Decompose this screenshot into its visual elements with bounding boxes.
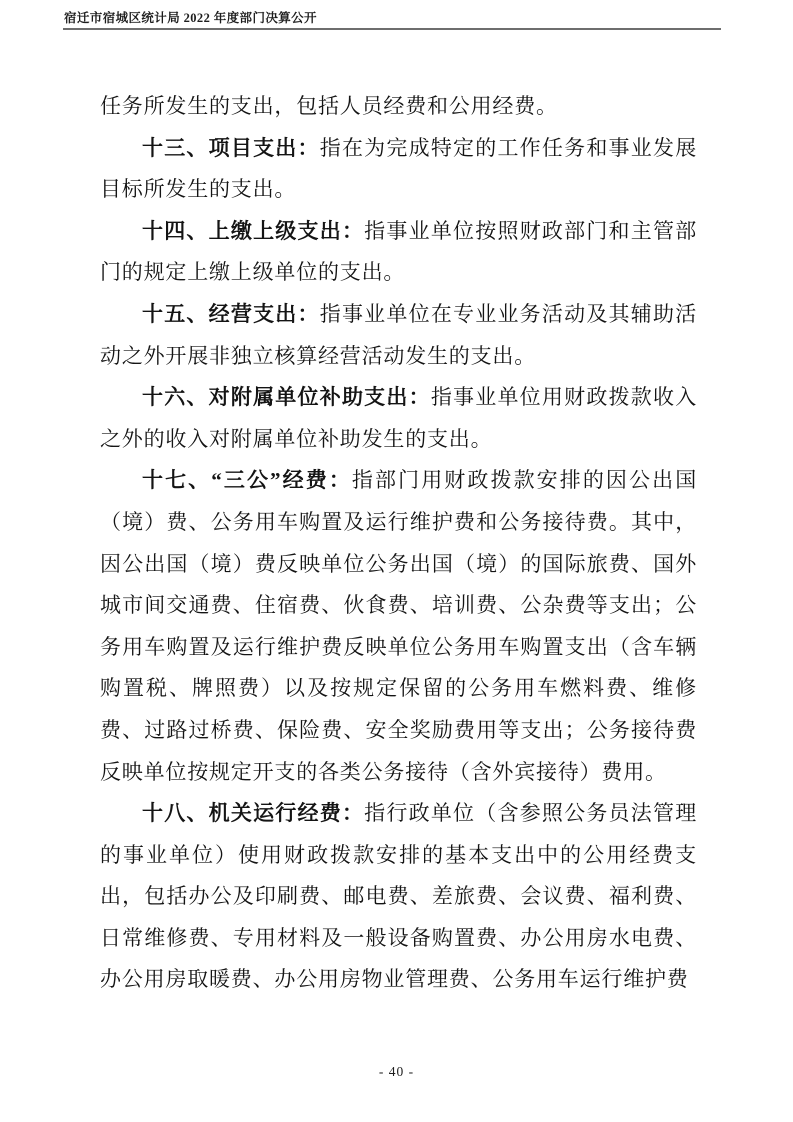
paragraph-lead: 十六、对附属单位补助支出： xyxy=(142,385,431,409)
header-title: 宿迁市宿城区统计局 2022 年度部门决算公开 xyxy=(64,8,317,26)
page-number: - 40 - xyxy=(379,1064,414,1079)
paragraph-text: 任务所发生的支出，包括人员经费和公用经费。 xyxy=(100,94,558,118)
header-rule xyxy=(63,28,721,30)
paragraph: 十三、项目支出：指在为完成特定的工作任务和事业发展目标所发生的支出。 xyxy=(100,128,697,211)
paragraph-lead: 十四、上缴上级支出： xyxy=(142,219,364,243)
paragraph: 十五、经营支出：指事业单位在专业业务活动及其辅助活动之外开展非独立核算经营活动发… xyxy=(100,294,697,377)
paragraph: 十七、“三公”经费：指部门用财政拨款安排的因公出国（境）费、公务用车购置及运行维… xyxy=(100,460,697,793)
paragraph: 任务所发生的支出，包括人员经费和公用经费。 xyxy=(100,86,697,128)
paragraph-text: 指行政单位（含参照公务员法管理的事业单位）使用财政拨款安排的基本支出中的公用经费… xyxy=(100,801,697,991)
paragraph-lead: 十八、机关运行经费： xyxy=(142,801,364,825)
paragraph: 十八、机关运行经费：指行政单位（含参照公务员法管理的事业单位）使用财政拨款安排的… xyxy=(100,793,697,1001)
paragraph-lead: 十七、“三公”经费： xyxy=(142,468,352,492)
page-footer: - 40 - xyxy=(0,1064,793,1080)
paragraph: 十四、上缴上级支出：指事业单位按照财政部门和主管部门的规定上缴上级单位的支出。 xyxy=(100,211,697,294)
document-page: 宿迁市宿城区统计局 2022 年度部门决算公开 任务所发生的支出，包括人员经费和… xyxy=(0,0,793,1122)
paragraph-lead: 十三、项目支出： xyxy=(142,136,320,160)
document-body: 任务所发生的支出，包括人员经费和公用经费。十三、项目支出：指在为完成特定的工作任… xyxy=(100,86,697,1001)
paragraph-text: 指部门用财政拨款安排的因公出国（境）费、公务用车购置及运行维护费和公务接待费。其… xyxy=(100,468,697,783)
paragraph: 十六、对附属单位补助支出：指事业单位用财政拨款收入之外的收入对附属单位补助发生的… xyxy=(100,377,697,460)
paragraph-lead: 十五、经营支出： xyxy=(142,302,320,326)
